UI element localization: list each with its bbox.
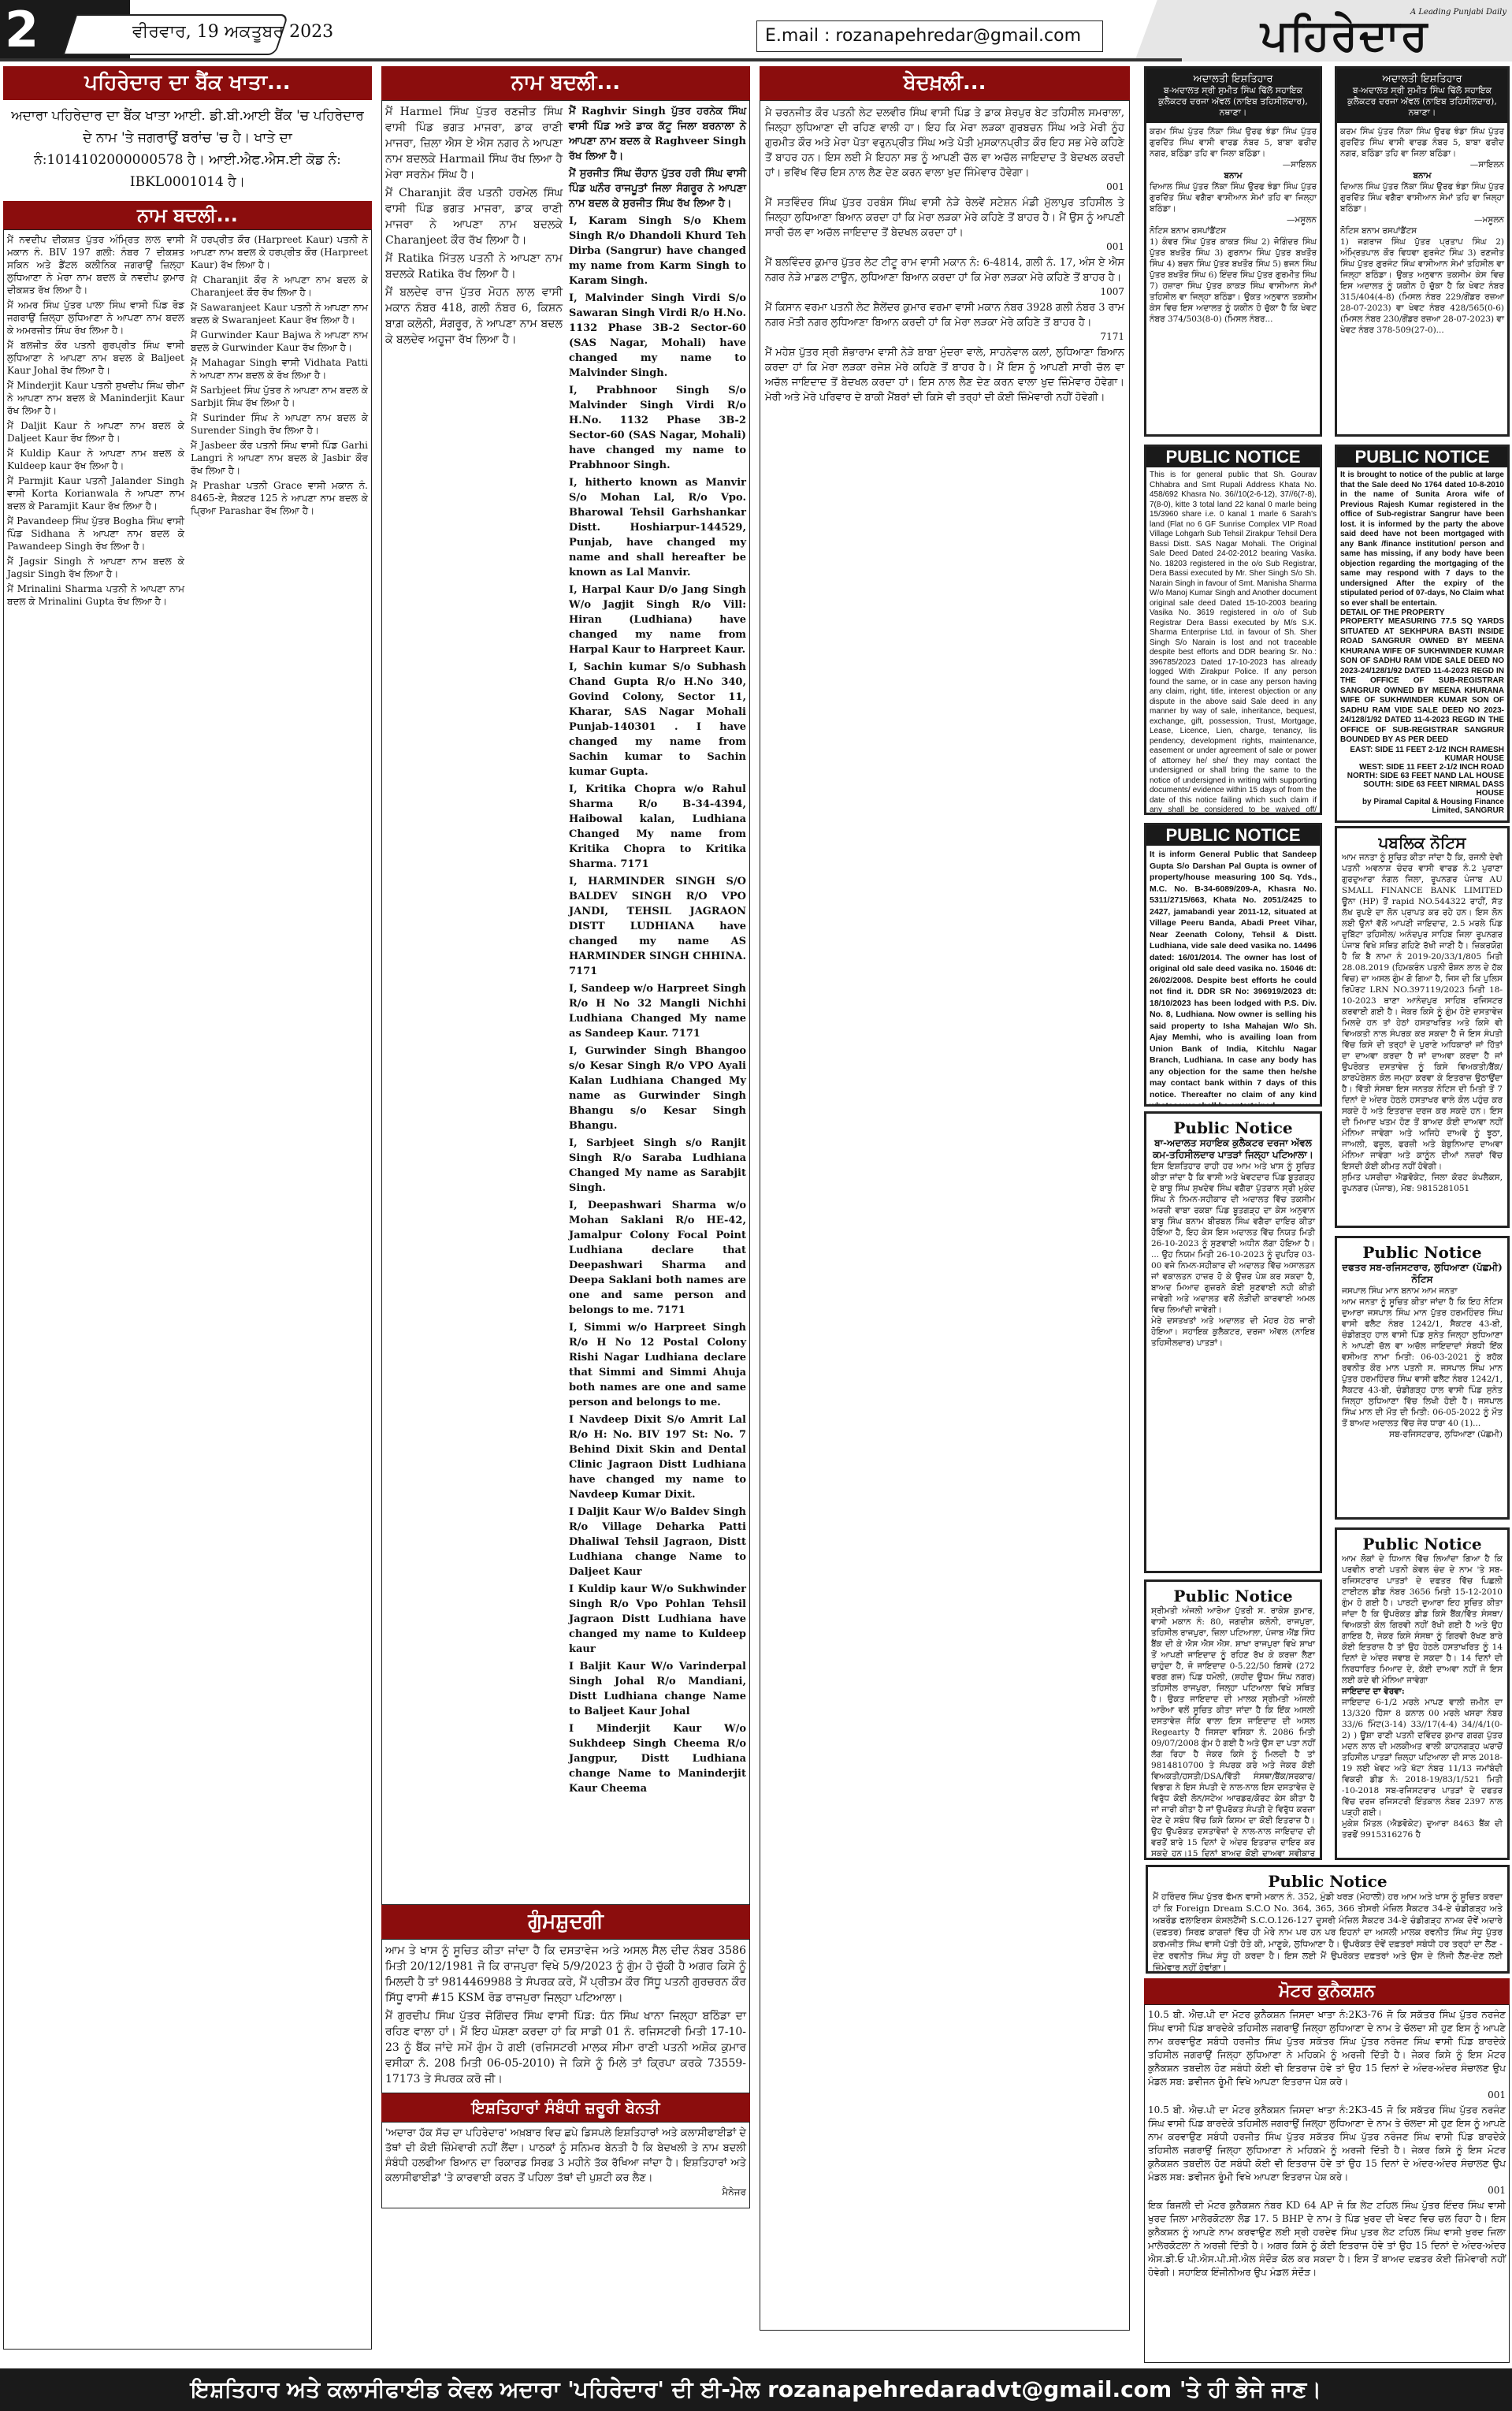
list-item: ਇਕ ਬਿਜਲੀ ਦੀ ਮੋਟਰ ਕੁਨੈਕਸ਼ਨ ਨੰਬਰ KD 64 AP … (1148, 2199, 1506, 2279)
notice-title: ਪਬਲਿਕ ਨੋਟਿਸ (1342, 833, 1503, 852)
bank-account-body: ਅਦਾਰਾ ਪਹਿਰੇਦਾਰ ਦਾ ਬੈਂਕ ਖਾਤਾ ਆਈ. ਡੀ.ਬੀ.ਆਈ… (3, 100, 372, 201)
list-item: ਮੈਂ Sawaranjeet Kaur ਪਤਨੀ ਨੇ ਆਪਣਾ ਨਾਮ ਬਦ… (191, 301, 368, 326)
list-item: ਮੈਂ ਸਤਵਿੰਦਰ ਸਿੰਘ ਪੁੱਤਰ ਹਰਬੰਸ ਸਿੰਘ ਵਾਸੀ ਨ… (765, 195, 1124, 253)
header-email[interactable]: E.mail : rozanapehredar@gmail.com (756, 20, 1103, 52)
court-ad-subheading: ਬ-ਅਦਾਲਤ ਸ੍ਰੀ ਸੁਮੀਤ ਸਿੰਘ ਢਿੱਲੋ ਸਹਾਇਕ ਕੁਲੈ… (1342, 85, 1503, 118)
list-item: I, Kritika Chopra w/o Rahul Sharma R/o B… (569, 782, 746, 872)
item-text: ਮੈਂ ਸਤਵਿੰਦਰ ਸਿੰਘ ਪੁੱਤਰ ਹਰਬੰਸ ਸਿੰਘ ਵਾਸੀ ਨ… (765, 195, 1124, 240)
notice-subheading: ਨੋਟਿਸ (1342, 1274, 1503, 1285)
list-item: ਮੈਂ ਹਰਪ੍ਰੀਤ ਕੌਰ (Harpreet Kaur) ਪਤਨੀ ਨੇ … (191, 233, 368, 271)
notice-title: PUBLIC NOTICE (1146, 447, 1320, 467)
public-notice-punjabi: ਪਬਲਿਕ ਨੋਟਿਸ ਆਮ ਜਨਤਾ ਨੂੰ ਸੂਚਿਤ ਕੀਤਾ ਜਾਂਦਾ… (1335, 826, 1510, 1228)
list-item: ਮੈਂ Kuldip Kaur ਨੇ ਆਪਣਾ ਨਾਮ ਬਦਲ ਕੇ Kulde… (7, 447, 184, 472)
notice-boundary: NORTH: SIDE 63 FEET NAND LAL HOUSE (1340, 772, 1504, 780)
notice-detail-body: PROPERTY MEASURING 77.5 SQ YARDS SITUATE… (1340, 617, 1504, 746)
list-item: I, Sandeep w/o Harpreet Singh R/o H No 3… (569, 981, 746, 1041)
list-item: ਮੈਂ Parmjit Kaur ਪਤਨੀ Jalander Singh ਵਾਸ… (7, 474, 184, 512)
list-item: I Minderjit Kaur W/o Sukhdeep Singh Chee… (569, 1721, 746, 1796)
list-item: ਮੈਂ Charanjit ਕੌਰ ਨੇ ਆਪਣਾ ਨਾਮ ਬਦਲ ਕੇ Cha… (191, 273, 368, 299)
list-item: ਮੈਂ Mahagar Singh ਵਾਸੀ Vidhata Patti ਨੇ … (191, 356, 368, 381)
list-item: I Baljit Kaur W/o Varinderpal Singh Joha… (569, 1659, 746, 1719)
public-notice-anjali: Public Notice ਸ਼੍ਰੀਮਤੀ ਅੰਜਲੀ ਆਰੋਆ ਪੁੱਤਰੀ… (1144, 1579, 1322, 1860)
notice-body: It is inform General Public that Sandeep… (1150, 849, 1317, 1107)
missing-box: ਆਮ ਤੇ ਖਾਸ ਨੂੰ ਸੂਚਿਤ ਕੀਤਾ ਜਾਂਦਾ ਹੈ ਕਿ ਦਸਤ… (381, 1939, 750, 2093)
notice-title: Public Notice (1342, 1243, 1503, 1262)
notice-signatory: ਸਬ-ਰਜਿਸਟਰਾਰ, ਲੁਧਿਆਣਾ (ਪੱਛਮੀ) (1342, 1429, 1503, 1440)
list-item: ਮੈਂ Daljit Kaur ਨੇ ਆਪਣਾ ਨਾਮ ਬਦਲ ਕੇ Dalje… (7, 419, 184, 445)
item-text: ਇਕ ਬਿਜਲੀ ਦੀ ਮੋਟਰ ਕੁਨੈਕਸ਼ਨ ਨੰਬਰ KD 64 AP … (1148, 2199, 1506, 2279)
list-item: I, Sarbjeet Singh s/o Ranjit Singh R/o S… (569, 1136, 746, 1196)
court-ad-versus: ਬਨਾਮ (1150, 170, 1317, 181)
notice-body: ਆਮ ਲੋਕਾਂ ਦੇ ਧਿਆਨ ਵਿੱਚ ਲਿਆਂਦਾ ਗਿਆ ਹੈ ਕਿ ਪ… (1342, 1553, 1503, 1686)
list-item: ਮੈਂ Sarbjeet ਸਿੰਘ ਪੁੱਤਰ ਨੇ ਆਪਣਾ ਨਾਮ ਬਦਲ … (191, 384, 368, 409)
notice-body: ਮੈਂ ਹਰਿੰਦਰ ਸਿੰਘ ਪੁੱਤਰ ਫੱਮਨ ਵਾਸੀ ਮਕਾਨ ਨੰ.… (1153, 1891, 1503, 1974)
list-item: ਮੈਂ ਨਵਦੀਪ ਦੀਕਸ਼ਤ ਪੁੱਤਰ ਅੰਮ੍ਰਿਤ ਲਾਲ ਵਾਸੀ … (7, 233, 184, 296)
public-notice-harinder: Public Notice ਮੈਂ ਹਰਿੰਦਰ ਸਿੰਘ ਪੁੱਤਰ ਫੱਮਨ… (1146, 1865, 1510, 1974)
advisory-title: ਇਸ਼ਤਿਹਾਰਾਂ ਸੰਬੰਧੀ ਜ਼ਰੂਰੀ ਬੇਨਤੀ (381, 2093, 750, 2122)
list-item: I, HARMINDER SINGH S/O BALDEV SINGH R/O … (569, 874, 746, 979)
column-left: ਪਹਿਰੇਦਾਰ ਦਾ ਬੈਂਕ ਖਾਤਾ... ਅਦਾਰਾ ਪਹਿਰੇਦਾਰ … (3, 66, 372, 2350)
item-code: 7171 (765, 330, 1124, 343)
list-item: ਮੈਂ Prashar ਪਤਨੀ Grace ਵਾਸੀ ਮਕਾਨ ਨੰ. 846… (191, 479, 368, 517)
list-item: ਮੈਂ ਸੁਰਜੀਤ ਸਿੰਘ ਚੌਹਾਨ ਪੁੱਤਰ ਹਰੀ ਸਿੰਘ ਵਾਸ… (569, 166, 746, 211)
name-change-left-col1: ਮੈਂ ਨਵਦੀਪ ਦੀਕਸ਼ਤ ਪੁੱਤਰ ਅੰਮ੍ਰਿਤ ਲਾਲ ਵਾਸੀ … (7, 233, 184, 2346)
missing-title: ਗੁੰਮਸ਼ੁਦਗੀ (381, 1905, 750, 1939)
notice-title: Public Notice (1342, 1535, 1503, 1553)
name-change-left-col2: ਮੈਂ ਹਰਪ੍ਰੀਤ ਕੌਰ (Harpreet Kaur) ਪਤਨੀ ਨੇ … (191, 233, 368, 2346)
name-change-left-title: ਨਾਮ ਬਦਲੀ... (3, 201, 372, 229)
advisory-signature: ਮੈਨੇਜਰ (385, 2186, 746, 2198)
list-item: I Kuldip kaur W/o Sukhwinder Singh R/o V… (569, 1582, 746, 1657)
notice-detail-body: ਜਾਇਦਾਦ 6-1/2 ਮਰਲੇ ਮਾਪਣ ਵਾਲੀ ਜ਼ਮੀਨ ਦਾ 13/… (1342, 1697, 1503, 1818)
name-change-left-box: ਮੈਂ ਨਵਦੀਪ ਦੀਕਸ਼ਤ ਪੁੱਤਰ ਅੰਮ੍ਰਿਤ ਲਾਲ ਵਾਸੀ … (3, 229, 372, 2350)
item-code: 1007 (765, 285, 1124, 298)
public-notice-chhabra: PUBLIC NOTICE This is for general public… (1144, 445, 1322, 815)
public-notice-sub-registrar: Public Notice ਦਫਤਰ ਸਬ-ਰਜਿਸਟਰਾਰ, ਲੁਧਿਆਣਾ … (1335, 1236, 1510, 1520)
column-mid: ਨਾਮ ਬਦਲੀ... ਮੈਂ Harmel ਸਿੰਘ ਪੁੱਤਰ ਰਣਜੀਤ … (381, 66, 750, 2208)
notice-detail-heading: ਜਾਇਦਾਦ ਦਾ ਵੇਰਵਾ: (1342, 1686, 1503, 1697)
list-item: I, Gurwinder Singh Bhangoo s/o Kesar Sin… (569, 1044, 746, 1133)
list-item: ਮੈਂ Charanjit ਕੌਰ ਪਤਨੀ ਹਰਮੇਲ ਸਿੰਘ ਵਾਸੀ ਪ… (385, 185, 563, 248)
item-text: 10.5 ਬੀ. ਐਚ.ਪੀ ਦਾ ਮੋਟਰ ਕੁਨੈਕਸ਼ਨ ਜਿਸਦਾ ਖਾ… (1148, 2104, 1506, 2184)
list-item: I, Harpal Kaur D/o Jang Singh W/o Jagjit… (569, 582, 746, 657)
item-text: ਮੈਂ ਬਲਵਿੰਦਰ ਕੁਮਾਰ ਪੁੱਤਰ ਲੇਟ ਟੀਟੂ ਰਾਮ ਵਾਸ… (765, 255, 1124, 285)
column-disinheritance: ਬੇਦਖ਼ਲੀ... ਮੈ ਚਰਨਜੀਤ ਕੌਰ ਪਤਨੀ ਲੇਟ ਦਲਵੀਰ … (760, 66, 1130, 2331)
court-ad-applicant-label: —ਸਾਇਲਨ (1150, 159, 1317, 170)
item-text: ਮੈ ਚਰਨਜੀਤ ਕੌਰ ਪਤਨੀ ਲੇਟ ਦਲਵੀਰ ਸਿੰਘ ਵਾਸੀ ਪ… (765, 106, 1124, 180)
name-change-mid-box: ਮੈਂ Harmel ਸਿੰਘ ਪੁੱਤਰ ਰਣਜੀਤ ਸਿੰਘ ਵਾਸੀ ਪਿ… (381, 100, 750, 1905)
court-ad-1: ਅਦਾਲਤੀ ਇਸ਼ਤਿਹਾਰ ਬ-ਅਦਾਲਤ ਸ੍ਰੀ ਸੁਮੀਤ ਸਿੰਘ … (1144, 66, 1322, 437)
court-ad-respondent-label: —ਮਸੂਲਨ (1340, 214, 1504, 225)
court-ad-applicant: ਕਰਮ ਸਿੰਘ ਪੁੱਤਰ ਨਿੱਕਾ ਸਿੰਘ ਉਰਫ ਝੰਡਾ ਸਿੰਘ … (1340, 126, 1504, 159)
court-ad-applicant: ਕਰਮ ਸਿੰਘ ਪੁੱਤਰ ਨਿੱਕਾ ਸਿੰਘ ਉਰਫ ਝੰਡਾ ਸਿੰਘ … (1150, 126, 1317, 159)
list-item: ਆਮ ਤੇ ਖਾਸ ਨੂੰ ਸੂਚਿਤ ਕੀਤਾ ਜਾਂਦਾ ਹੈ ਕਿ ਦਸਤ… (385, 1943, 746, 2006)
item-code: 001 (765, 180, 1124, 193)
masthead-tagline: A Leading Punjabi Daily (1410, 8, 1506, 17)
court-ad-body: 1) ਕੰਵਰ ਸਿੰਘ ਪੁੱਤਰ ਕਾਕੜ ਸਿੰਘ 2) ਜੋਗਿੰਦਰ … (1150, 236, 1317, 325)
public-notice-gupta: PUBLIC NOTICE It is inform General Publi… (1144, 823, 1322, 1107)
notice-title: PUBLIC NOTICE (1146, 825, 1320, 846)
bank-account-title: ਪਹਿਰੇਦਾਰ ਦਾ ਬੈਂਕ ਖਾਤਾ... (3, 66, 372, 100)
list-item: I, Simmi w/o Harpreet Singh R/o H No 12 … (569, 1320, 746, 1410)
item-code: 001 (765, 240, 1124, 253)
list-item: ਮੈਂ Jagsir Singh ਨੇ ਆਪਣਾ ਨਾਮ ਬਦਲ ਕੇ Jags… (7, 555, 184, 580)
list-item: ਮੈਂ ਬਲਵਿੰਦਰ ਕੁਮਾਰ ਪੁੱਤਰ ਲੇਟ ਟੀਟੂ ਰਾਮ ਵਾਸ… (765, 255, 1124, 298)
notice-body: ਇਸ ਇਸ਼ਤਿਹਾਰ ਰਾਹੀ ਹਰ ਆਮ ਅਤੇ ਖਾਸ ਨੂੰ ਸੂਚਿਤ… (1151, 1161, 1315, 1315)
motor-connection-section: ਮੋਟਰ ਕੁਨੈਕਸ਼ਨ 10.5 ਬੀ. ਐਚ.ਪੀ ਦਾ ਮੋਟਰ ਕੁਨ… (1144, 1978, 1510, 2363)
notice-subheading: ਬਾ-ਅਦਾਲਤ ਸਹਾਇਕ ਕੁਲੈਕਟਰ ਦਰਜਾ ਅੱਵਲ ਕਮ-ਤਹਿਸ… (1151, 1137, 1315, 1161)
list-item: ਮੈਂ Ratika ਮਿੱਤਲ ਪਤਨੀ ਨੇ ਆਪਣਾ ਨਾਮ ਬਦਲਕੇ … (385, 251, 563, 282)
advisory-box: 'ਅਦਾਰਾ ਹੱਕ ਸੱਚ ਦਾ ਪਹਿਰੇਦਾਰ' ਅਖ਼ਬਾਰ ਵਿਚ ਛ… (381, 2122, 750, 2208)
notice-parties: ਜਸਪਾਲ ਸਿੰਘ ਮਾਨ ਬਨਾਮ ਆਮ ਜਨਤਾ (1342, 1285, 1503, 1297)
notice-title: PUBLIC NOTICE (1337, 447, 1507, 467)
header-rule (0, 58, 1182, 61)
notice-body: ਆਮ ਜਨਤਾ ਨੂੰ ਸੂਚਿਤ ਕੀਤਾ ਜਾਂਦਾ ਹੈ ਕਿ, ਰਜਨੀ… (1342, 852, 1503, 1172)
name-change-mid-title: ਨਾਮ ਬਦਲੀ... (381, 66, 750, 100)
notice-boundary: EAST: SIDE 11 FEET 2-1/2 INCH RAMESH KUM… (1340, 746, 1504, 763)
list-item: I Daljit Kaur W/o Baldev Singh R/o Villa… (569, 1505, 746, 1579)
issue-date: ਵੀਰਵਾਰ, 19 ਅਕਤੂਬਰ 2023 (132, 22, 333, 42)
motor-connection-box: 10.5 ਬੀ. ਐਚ.ਪੀ ਦਾ ਮੋਟਰ ਕੁਨੈਕਸ਼ਨ ਜਿਸਦਾ ਖਾ… (1144, 2004, 1510, 2363)
public-notice-arora: PUBLIC NOTICE It is brought to notice of… (1335, 445, 1510, 823)
item-text: ਮੈਂ ਕਿਸਾਨ ਵਰਮਾ ਪਤਨੀ ਲੇਟ ਸ਼ੈਲੇਂਦਰ ਕੁਮਾਰ ਵ… (765, 300, 1124, 330)
notice-body: ਸ਼੍ਰੀਮਤੀ ਅੰਜਲੀ ਆਰੋਆ ਪੁੱਤਰੀ ਸ. ਰਾਕੇਸ਼ ਕੁਮ… (1151, 1605, 1315, 1860)
list-item: ਮੈਂ Gurwinder Kaur Bajwa ਨੇ ਆਪਣਾ ਨਾਮ ਬਦਲ… (191, 329, 368, 354)
court-ad-body: 1) ਜਗਰਾਜ ਸਿੰਘ ਪੁੱਤਰ ਪ੍ਰਤਾਪ ਸਿੰਘ 2) ਅੰਮ੍ਰ… (1340, 236, 1504, 336)
list-item: ਮੈਂ ਬਲਜੀਤ ਕੌਰ ਪਤਨੀ ਗੁਰਪ੍ਰੀਤ ਸਿੰਘ ਵਾਸੀ ਲੁ… (7, 339, 184, 377)
court-ad-notice-label: ਨੋਟਿਸ ਬਨਾਮ ਰਸਪਾਂਡੈਂਟਸ (1150, 225, 1317, 236)
item-code: 001 (1148, 2089, 1506, 2101)
court-ad-versus: ਬਨਾਮ (1340, 170, 1504, 181)
motor-connection-title: ਮੋਟਰ ਕੁਨੈਕਸ਼ਨ (1144, 1978, 1510, 2004)
list-item: I, Sachin kumar S/o Subhash Chand Gupta … (569, 660, 746, 779)
notice-body: This is for general public that Sh. Gour… (1150, 471, 1317, 815)
name-change-mid-col1: ਮੈਂ Harmel ਸਿੰਘ ਪੁੱਤਰ ਰਣਜੀਤ ਸਿੰਘ ਵਾਸੀ ਪਿ… (385, 104, 563, 1901)
list-item: ਮੈਂ Minderjit Kaur ਪਤਨੀ ਸੁਖਦੀਪ ਸਿੰਘ ਚੀਮਾ… (7, 379, 184, 417)
notice-closing: ਮੇਰੇ ਦਸਤਖਤਾਂ ਅਤੇ ਅਦਾਲਤ ਦੀ ਮੋਹਰ ਹੇਠ ਜਾਰੀ … (1151, 1315, 1315, 1349)
notice-title: Public Notice (1153, 1872, 1503, 1891)
notice-boundary: WEST: SIDE 11 FEET 2-1/2 INCH ROAD (1340, 763, 1504, 772)
name-change-mid-col2: ਮੈਂ Raghvir Singh ਪੁੱਤਰ ਹਰਨੇਕ ਸਿੰਘ ਵਾਸੀ … (569, 104, 746, 1901)
list-item: I, Deepashwari Sharma w/o Mohan Saklani … (569, 1198, 746, 1318)
list-item: I, Prabhnoor Singh S/o Malvinder Singh V… (569, 383, 746, 473)
court-ad-heading: ਅਦਾਲਤੀ ਇਸ਼ਤਿਹਾਰ (1151, 73, 1315, 85)
list-item: ਮੈ ਚਰਨਜੀਤ ਕੌਰ ਪਤਨੀ ਲੇਟ ਦਲਵੀਰ ਸਿੰਘ ਵਾਸੀ ਪ… (765, 106, 1124, 193)
list-item: ਮੈਂ ਬਲਦੇਵ ਰਾਜ ਪੁੱਤਰ ਮੋਹਨ ਲਾਲ ਵਾਸੀ ਮਕਾਨ ਨ… (385, 285, 563, 348)
list-item: ਮੈਂ Mrinalini Sharma ਪਤਨੀ ਨੇ ਆਪਣਾ ਨਾਮ ਬਦ… (7, 582, 184, 608)
court-ad-respondent: ਦਿਆਲ ਸਿੰਘ ਪੁੱਤਰ ਨਿੱਕਾ ਸਿੰਘ ਉਰਫ ਝੰਡਾ ਸਿੰਘ… (1340, 181, 1504, 214)
disinheritance-title: ਬੇਦਖ਼ਲੀ... (760, 66, 1130, 100)
list-item: ਮੈਂ ਮਹੇਸ਼ ਪੁੱਤਰ ਸ੍ਰੀ ਸ਼ੋਭਾਰਾਮ ਵਾਸੀ ਨੇੜੇ … (765, 345, 1124, 405)
court-ad-2: ਅਦਾਲਤੀ ਇਸ਼ਤਿਹਾਰ ਬ-ਅਦਾਲਤ ਸ੍ਰੀ ਸੁਮੀਤ ਸਿੰਘ … (1335, 66, 1510, 437)
public-notice-parveen: Public Notice ਆਮ ਲੋਕਾਂ ਦੇ ਧਿਆਨ ਵਿੱਚ ਲਿਆਂ… (1335, 1527, 1510, 1860)
court-ad-2-header: ਅਦਾਲਤੀ ਇਸ਼ਤਿਹਾਰ ਬ-ਅਦਾਲਤ ਸ੍ਰੀ ਸੁਮੀਤ ਸਿੰਘ … (1337, 69, 1507, 123)
list-item: ਮੈਂ Raghvir Singh ਪੁੱਤਰ ਹਰਨੇਕ ਸਿੰਘ ਵਾਸੀ … (569, 104, 746, 164)
notice-title: Public Notice (1151, 1587, 1315, 1605)
notice-title: Public Notice (1151, 1118, 1315, 1137)
notice-signatory: ਮੁਕੇਸ਼ ਮਿੱਤਲ (ਐਡਵੋਕੇਟ) ਦੁਆਰਾ 8463 ਬੈਂਕ ਦ… (1342, 1818, 1503, 1840)
list-item: 10.5 ਬੀ. ਐਚ.ਪੀ ਦਾ ਮੋਟਰ ਕੁਨੈਕਸ਼ਨ ਜਿਸਦਾ ਖਾ… (1148, 2104, 1506, 2197)
list-item: ਮੈਂ ਕਿਸਾਨ ਵਰਮਾ ਪਤਨੀ ਲੇਟ ਸ਼ੈਲੇਂਦਰ ਕੁਮਾਰ ਵ… (765, 300, 1124, 343)
list-item: ਮੈਂ Harmel ਸਿੰਘ ਪੁੱਤਰ ਰਣਜੀਤ ਸਿੰਘ ਵਾਸੀ ਪਿ… (385, 104, 563, 183)
list-item: 10.5 ਬੀ. ਐਚ.ਪੀ ਦਾ ਮੋਟਰ ਕੁਨੈਕਸ਼ਨ ਜਿਸਦਾ ਖਾ… (1148, 2008, 1506, 2101)
page-header: 2 ਵੀਰਵਾਰ, 19 ਅਕਤੂਬਰ 2023 E.mail : rozana… (0, 0, 1512, 61)
list-item: ਮੈਂ ਅਮਰ ਸਿੰਘ ਪੁੱਤਰ ਪਾਲਾ ਸਿੰਘ ਵਾਸੀ ਪਿੰਡ ਰ… (7, 299, 184, 337)
public-notice-patran-court: Public Notice ਬਾ-ਅਦਾਲਤ ਸਹਾਇਕ ਕੁਲੈਕਟਰ ਦਰਜ… (1144, 1111, 1322, 1573)
list-item: I, Malvinder Singh Virdi S/o Sawaran Sin… (569, 291, 746, 381)
notice-body: It is brought to notice of the public at… (1340, 471, 1504, 608)
list-item: I, hitherto known as Manvir S/o Mohan La… (569, 475, 746, 580)
court-ad-heading: ਅਦਾਲਤੀ ਇਸ਼ਤਿਹਾਰ (1342, 73, 1503, 85)
disinheritance-box: ਮੈ ਚਰਨਜੀਤ ਕੌਰ ਪਤਨੀ ਲੇਟ ਦਲਵੀਰ ਸਿੰਘ ਵਾਸੀ ਪ… (760, 100, 1130, 2331)
advisory-body: 'ਅਦਾਰਾ ਹੱਕ ਸੱਚ ਦਾ ਪਹਿਰੇਦਾਰ' ਅਖ਼ਬਾਰ ਵਿਚ ਛ… (385, 2126, 746, 2186)
item-text: ਮੈਂ ਮਹੇਸ਼ ਪੁੱਤਰ ਸ੍ਰੀ ਸ਼ੋਭਾਰਾਮ ਵਾਸੀ ਨੇੜੇ … (765, 345, 1124, 405)
notice-body: ਆਮ ਜਨਤਾ ਨੂੰ ਸੂਚਿਤ ਕੀਤਾ ਜਾਂਦਾ ਹੈ ਕਿ ਇਹ ਨੋ… (1342, 1297, 1503, 1429)
list-item: ਮੈਂ ਗੁਰਦੀਪ ਸਿੰਘ ਪੁੱਤਰ ਜੋਗਿੰਦਰ ਸਿੰਘ ਵਾਸੀ … (385, 2008, 746, 2087)
court-ad-applicant-label: —ਸਾਇਲਨ (1340, 159, 1504, 170)
court-ad-subheading: ਬ-ਅਦਾਲਤ ਸ੍ਰੀ ਸੁਮੀਤ ਸਿੰਘ ਢਿੱਲੋ ਸਹਾਇਕ ਕੁਲੈ… (1151, 85, 1315, 118)
notice-detail-heading: DETAIL OF THE PROPERTY (1340, 608, 1504, 617)
notice-signatory: ਸੁਮਿਤ ਪਸਰੀਚਾ ਐਡਵੋਕੇਟ, ਜਿਲਾ ਕੋਰਟ ਕੰਪਲੈਕਸ,… (1342, 1172, 1503, 1194)
list-item: I Navdeep Dixit S/o Amrit Lal R/o H: No.… (569, 1412, 746, 1502)
item-code: 001 (1148, 2184, 1506, 2197)
masthead-logo: ਪਹਿਰੇਦਾਰ (1261, 9, 1429, 61)
list-item: ਮੈਂ Pavandeep ਸਿੰਘ ਪੁੱਤਰ Bogha ਸਿੰਘ ਵਾਸੀ… (7, 515, 184, 553)
list-item: ਮੈਂ Jasbeer ਕੌਰ ਪਤਨੀ ਸਿੰਘ ਵਾਸੀ ਪਿੰਡ Garh… (191, 439, 368, 477)
court-ad-1-header: ਅਦਾਲਤੀ ਇਸ਼ਤਿਹਾਰ ਬ-ਅਦਾਲਤ ਸ੍ਰੀ ਸੁਮੀਤ ਸਿੰਘ … (1146, 69, 1320, 123)
notice-signatory: by Piramal Capital & Housing Finance Lim… (1340, 798, 1504, 815)
court-ad-notice-label: ਨੋਟਿਸ ਬਨਾਮ ਰਸਪਾਂਡੈਂਟਸ (1340, 225, 1504, 236)
notice-boundary: SOUTH: SIDE 63 FEET NIRMAL DASS HOUSE (1340, 780, 1504, 798)
court-ad-respondent: ਦਿਆਲ ਸਿੰਘ ਪੁੱਤਰ ਨਿੱਕਾ ਸਿੰਘ ਉਰਫ ਝੰਡਾ ਸਿੰਘ… (1150, 181, 1317, 214)
list-item: ਮੈਂ Surinder ਸਿੰਘ ਨੇ ਆਪਣਾ ਨਾਮ ਬਦਲ ਕੇ Sur… (191, 411, 368, 437)
footer-banner: ਇਸ਼ਤਿਹਾਰ ਅਤੇ ਕਲਾਸੀਫਾਈਡ ਕੇਵਲ ਅਦਾਰਾ 'ਪਹਿਰੇ… (0, 2368, 1512, 2411)
item-text: 10.5 ਬੀ. ਐਚ.ਪੀ ਦਾ ਮੋਟਰ ਕੁਨੈਕਸ਼ਨ ਜਿਸਦਾ ਖਾ… (1148, 2008, 1506, 2089)
notice-subheading: ਦਫਤਰ ਸਬ-ਰਜਿਸਟਰਾਰ, ਲੁਧਿਆਣਾ (ਪੱਛਮੀ) (1342, 1262, 1503, 1274)
court-ad-respondent-label: —ਮਸੂਲਨ (1150, 214, 1317, 225)
list-item: I, Karam Singh S/o Khem Singh R/o Dhando… (569, 214, 746, 288)
